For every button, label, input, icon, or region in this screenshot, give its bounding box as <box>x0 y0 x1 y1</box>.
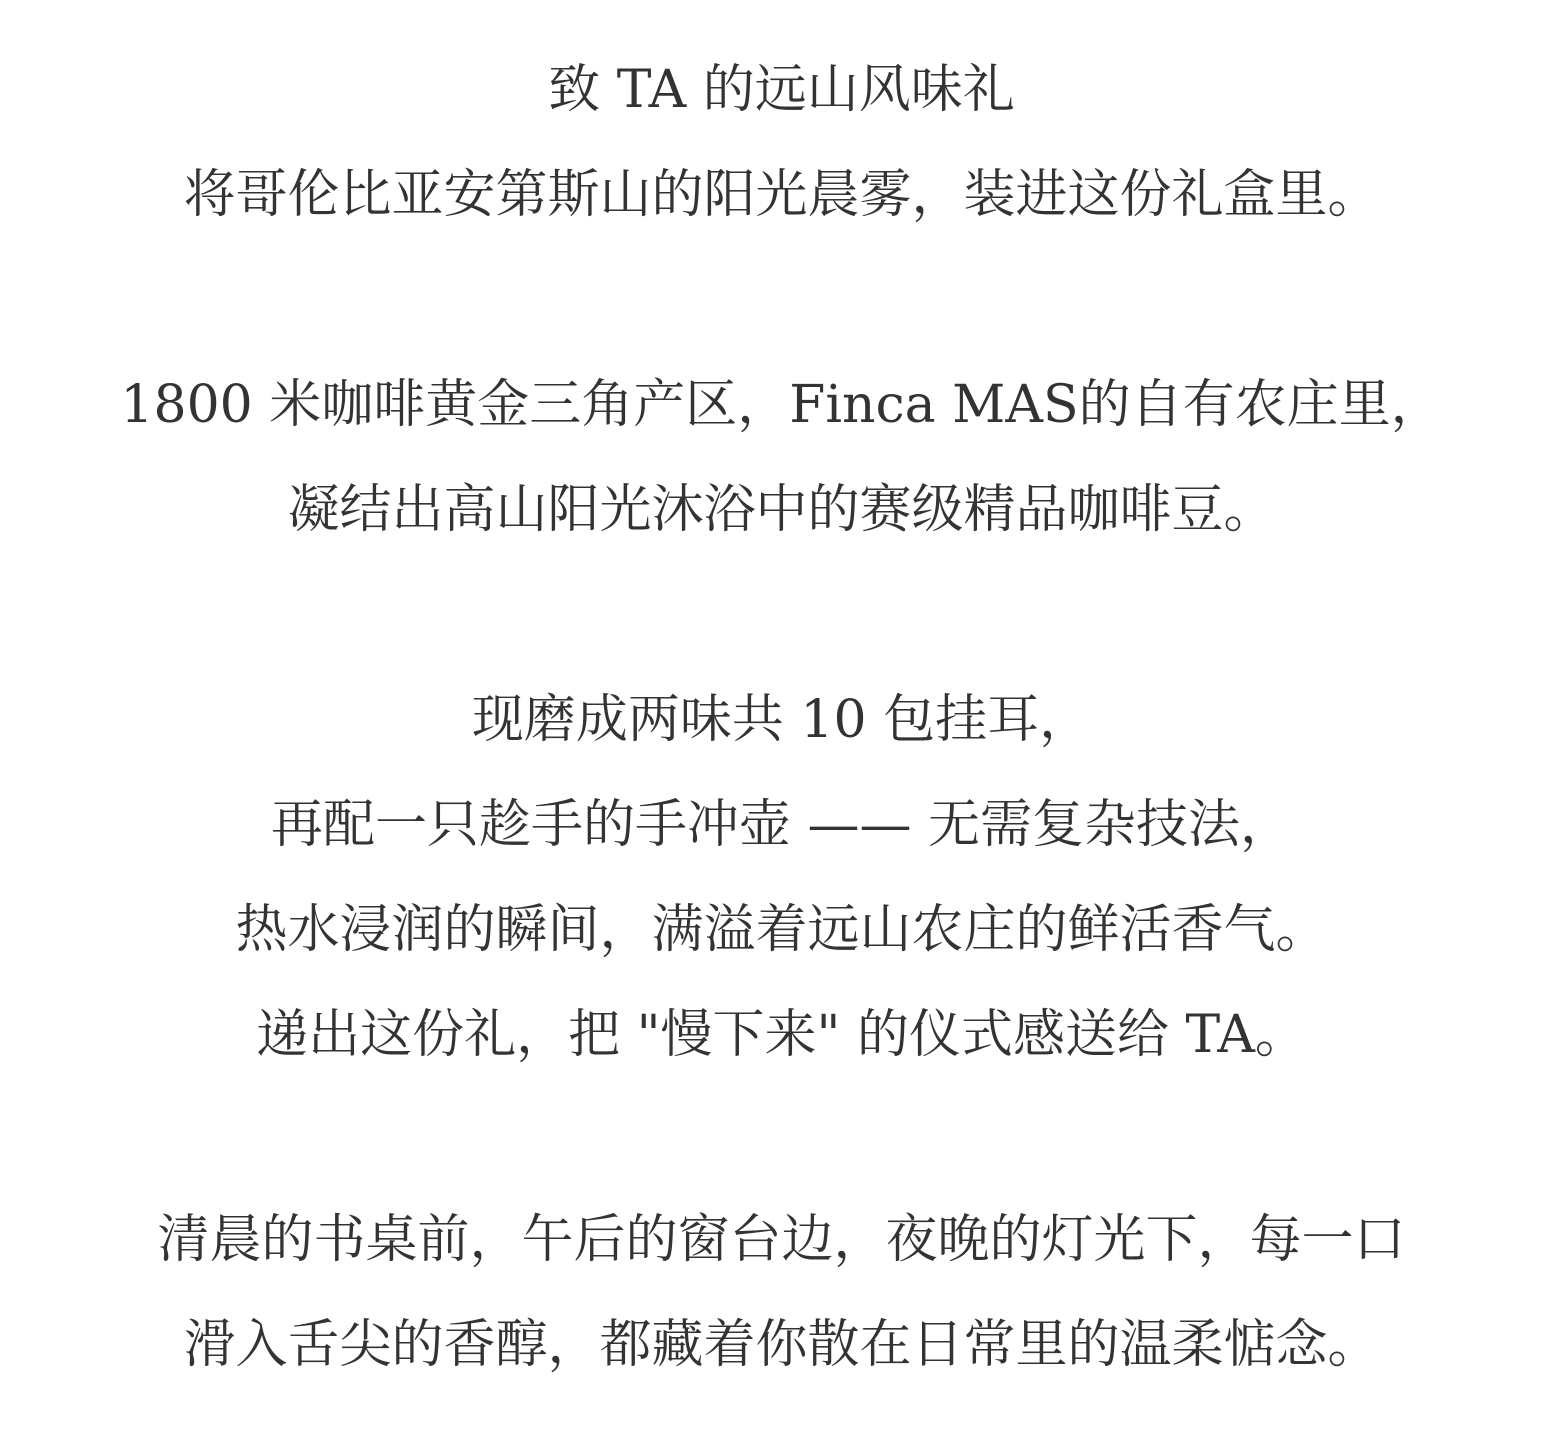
paragraph-line: 1800 米咖啡黄金三角产区，Finca MAS的自有农庄里， <box>0 373 1563 437</box>
paragraph-line: 滑入舌尖的香醇，都藏着你散在日常里的温柔惦念。 <box>0 1313 1563 1377</box>
paragraph-line: 现磨成两味共 10 包挂耳， <box>0 688 1563 752</box>
page-subtitle: 将哥伦比亚安第斯山的阳光晨雾，装进这份礼盒里。 <box>0 163 1563 227</box>
paragraph-line: 热水浸润的瞬间，满溢着远山农庄的鲜活香气。 <box>0 898 1563 962</box>
page-title: 致 TA 的远山风味礼 <box>0 58 1563 122</box>
paragraph-line: 凝结出高山阳光沐浴中的赛级精品咖啡豆。 <box>0 478 1563 542</box>
paragraph-line: 再配一只趁手的手冲壶 —— 无需复杂技法， <box>0 793 1563 857</box>
paragraph-line: 递出这份礼，把 "慢下来" 的仪式感送给 TA。 <box>0 1003 1563 1067</box>
paragraph-line: 清晨的书桌前，午后的窗台边，夜晚的灯光下，每一口 <box>0 1208 1563 1272</box>
gift-copy-page: 致 TA 的远山风味礼 将哥伦比亚安第斯山的阳光晨雾，装进这份礼盒里。 1800… <box>0 0 1563 1435</box>
